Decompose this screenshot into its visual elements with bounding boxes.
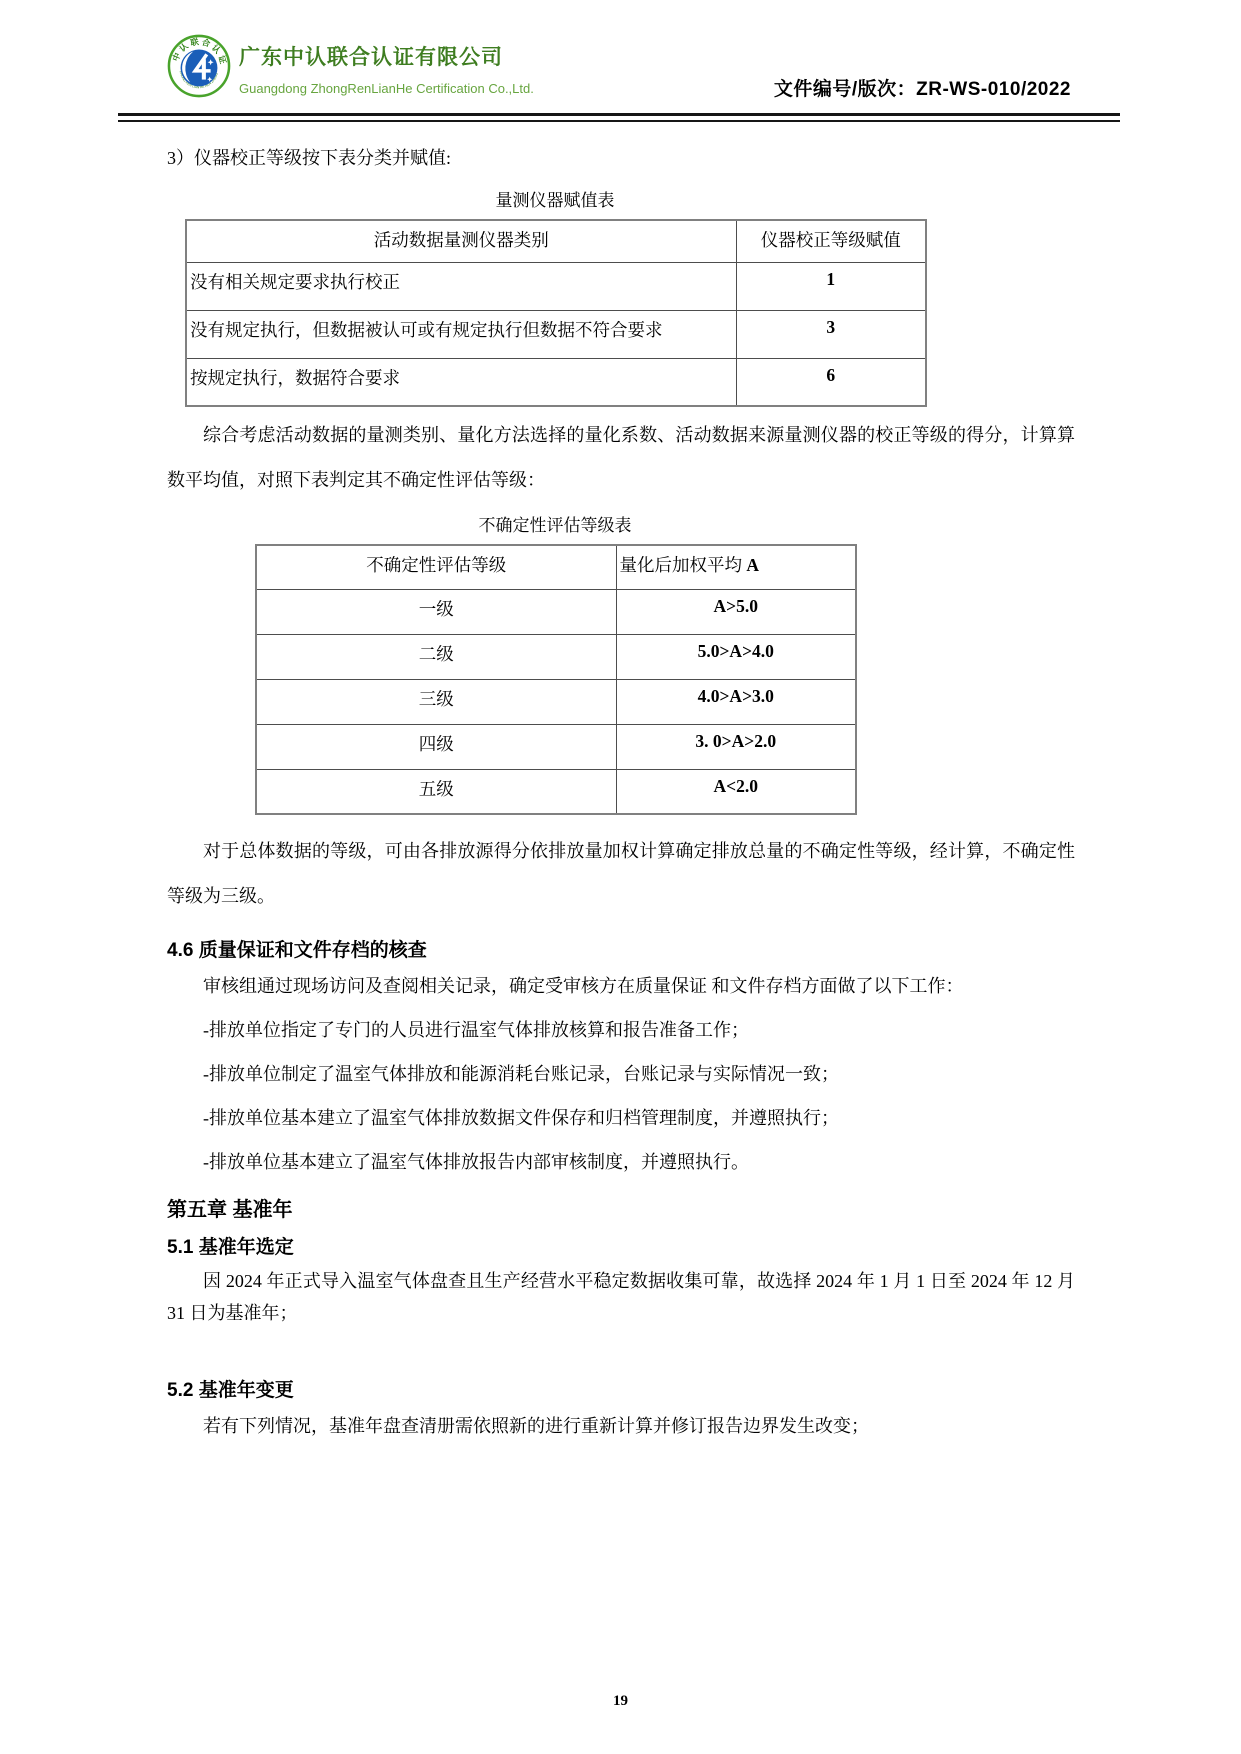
- page-number: 19: [0, 1693, 1241, 1710]
- section-5-2-heading: 5.2 基准年变更: [167, 1375, 1075, 1402]
- table2-grade: 五级: [256, 769, 616, 814]
- table-row: 没有相关规定要求执行校正 1: [186, 262, 926, 310]
- instrument-score-table: 活动数据量测仪器类别 仪器校正等级赋值 没有相关规定要求执行校正 1 没有规定执…: [185, 219, 927, 407]
- intro-line: 3）仪器校正等级按下表分类并赋值:: [167, 144, 1075, 170]
- paragraph-baseline-change: 若有下列情况，基准年盘查清册需依照新的进行重新计算并修订报告边界发生改变；: [167, 1410, 1075, 1442]
- bullet-item: -排放单位指定了专门的人员进行温室气体排放核算和报告准备工作；: [167, 1009, 1075, 1053]
- paragraph-total-grade: 对于总体数据的等级，可由各排放源得分依排放量加权计算确定排放总量的不确定性等级，…: [167, 829, 1075, 919]
- company-logo-icon: 中 认 联 合 认 证 ZHONG REN LIAN HE REN ZHENG: [167, 34, 231, 103]
- table-row: 四级 3. 0>A>2.0: [256, 724, 856, 769]
- table1-score: 6: [736, 358, 926, 406]
- table2-grade: 四级: [256, 724, 616, 769]
- table2-range: 4.0>A>3.0: [616, 679, 856, 724]
- table2-col1-header: 不确定性评估等级: [256, 545, 616, 589]
- paragraph-baseline-year: 因 2024 年正式导入温室气体盘查且生产经营水平稳定数据收集可靠，故选择 20…: [167, 1265, 1075, 1330]
- section-4-6-heading: 4.6 质量保证和文件存档的核查: [167, 935, 1075, 962]
- table2-col2-header: 量化后加权平均 A: [616, 545, 856, 589]
- table1-score: 3: [736, 310, 926, 358]
- uncertainty-grade-table: 不确定性评估等级 量化后加权平均 A 一级 A>5.0 二级 5.0>A>4.0…: [255, 544, 857, 815]
- table2-grade: 一级: [256, 589, 616, 634]
- table1-category: 没有规定执行，但数据被认可或有规定执行但数据不符合要求: [186, 310, 736, 358]
- table-header-row: 不确定性评估等级 量化后加权平均 A: [256, 545, 856, 589]
- table1-caption: 量测仪器赋值表: [185, 186, 925, 211]
- brand-block: 中 认 联 合 认 证 ZHONG REN LIAN HE REN ZHENG: [167, 34, 534, 103]
- table2-range: A>5.0: [616, 589, 856, 634]
- paragraph-audit-work: 审核组通过现场访问及查阅相关记录，确定受审核方在质量保证 和文件存档方面做了以下…: [167, 964, 1075, 1009]
- section-5-1-heading: 5.1 基准年选定: [167, 1232, 1075, 1259]
- table2-grade: 二级: [256, 634, 616, 679]
- table1-score: 1: [736, 262, 926, 310]
- company-name-en: Guangdong ZhongRenLianHe Certification C…: [239, 81, 534, 96]
- table1-category: 按规定执行，数据符合要求: [186, 358, 736, 406]
- bullet-item: -排放单位制定了温室气体排放和能源消耗台账记录，台账记录与实际情况一致；: [167, 1053, 1075, 1097]
- table2-range: A<2.0: [616, 769, 856, 814]
- table2-range: 3. 0>A>2.0: [616, 724, 856, 769]
- header-divider: [118, 113, 1120, 122]
- table-row: 没有规定执行，但数据被认可或有规定执行但数据不符合要求 3: [186, 310, 926, 358]
- table2-grade: 三级: [256, 679, 616, 724]
- document-page: 中 认 联 合 认 证 ZHONG REN LIAN HE REN ZHENG: [0, 0, 1241, 1754]
- table-row: 按规定执行，数据符合要求 6: [186, 358, 926, 406]
- table2-range: 5.0>A>4.0: [616, 634, 856, 679]
- page-header: 中 认 联 合 认 证 ZHONG REN LIAN HE REN ZHENG: [0, 0, 1241, 122]
- table-row: 一级 A>5.0: [256, 589, 856, 634]
- table1-col2-header: 仪器校正等级赋值: [736, 220, 926, 262]
- document-body: 3）仪器校正等级按下表分类并赋值: 量测仪器赋值表 活动数据量测仪器类别 仪器校…: [0, 144, 1241, 1443]
- table1-col1-header: 活动数据量测仪器类别: [186, 220, 736, 262]
- table-row: 五级 A<2.0: [256, 769, 856, 814]
- bullet-item: -排放单位基本建立了温室气体排放数据文件保存和归档管理制度，并遵照执行；: [167, 1097, 1075, 1141]
- bullet-item: -排放单位基本建立了温室气体排放报告内部审核制度，并遵照执行。: [167, 1141, 1075, 1185]
- table-header-row: 活动数据量测仪器类别 仪器校正等级赋值: [186, 220, 926, 262]
- chapter-5-heading: 第五章 基准年: [167, 1193, 1075, 1222]
- table-row: 三级 4.0>A>3.0: [256, 679, 856, 724]
- paragraph-average: 综合考虑活动数据的量测类别、量化方法选择的量化系数、活动数据来源量测仪器的校正等…: [167, 413, 1075, 503]
- document-code: 文件编号/版次：ZR-WS-010/2022: [774, 74, 1071, 103]
- table2-caption: 不确定性评估等级表: [255, 511, 855, 536]
- company-name-cn: 广东中认联合认证有限公司: [239, 41, 534, 71]
- table1-category: 没有相关规定要求执行校正: [186, 262, 736, 310]
- table-row: 二级 5.0>A>4.0: [256, 634, 856, 679]
